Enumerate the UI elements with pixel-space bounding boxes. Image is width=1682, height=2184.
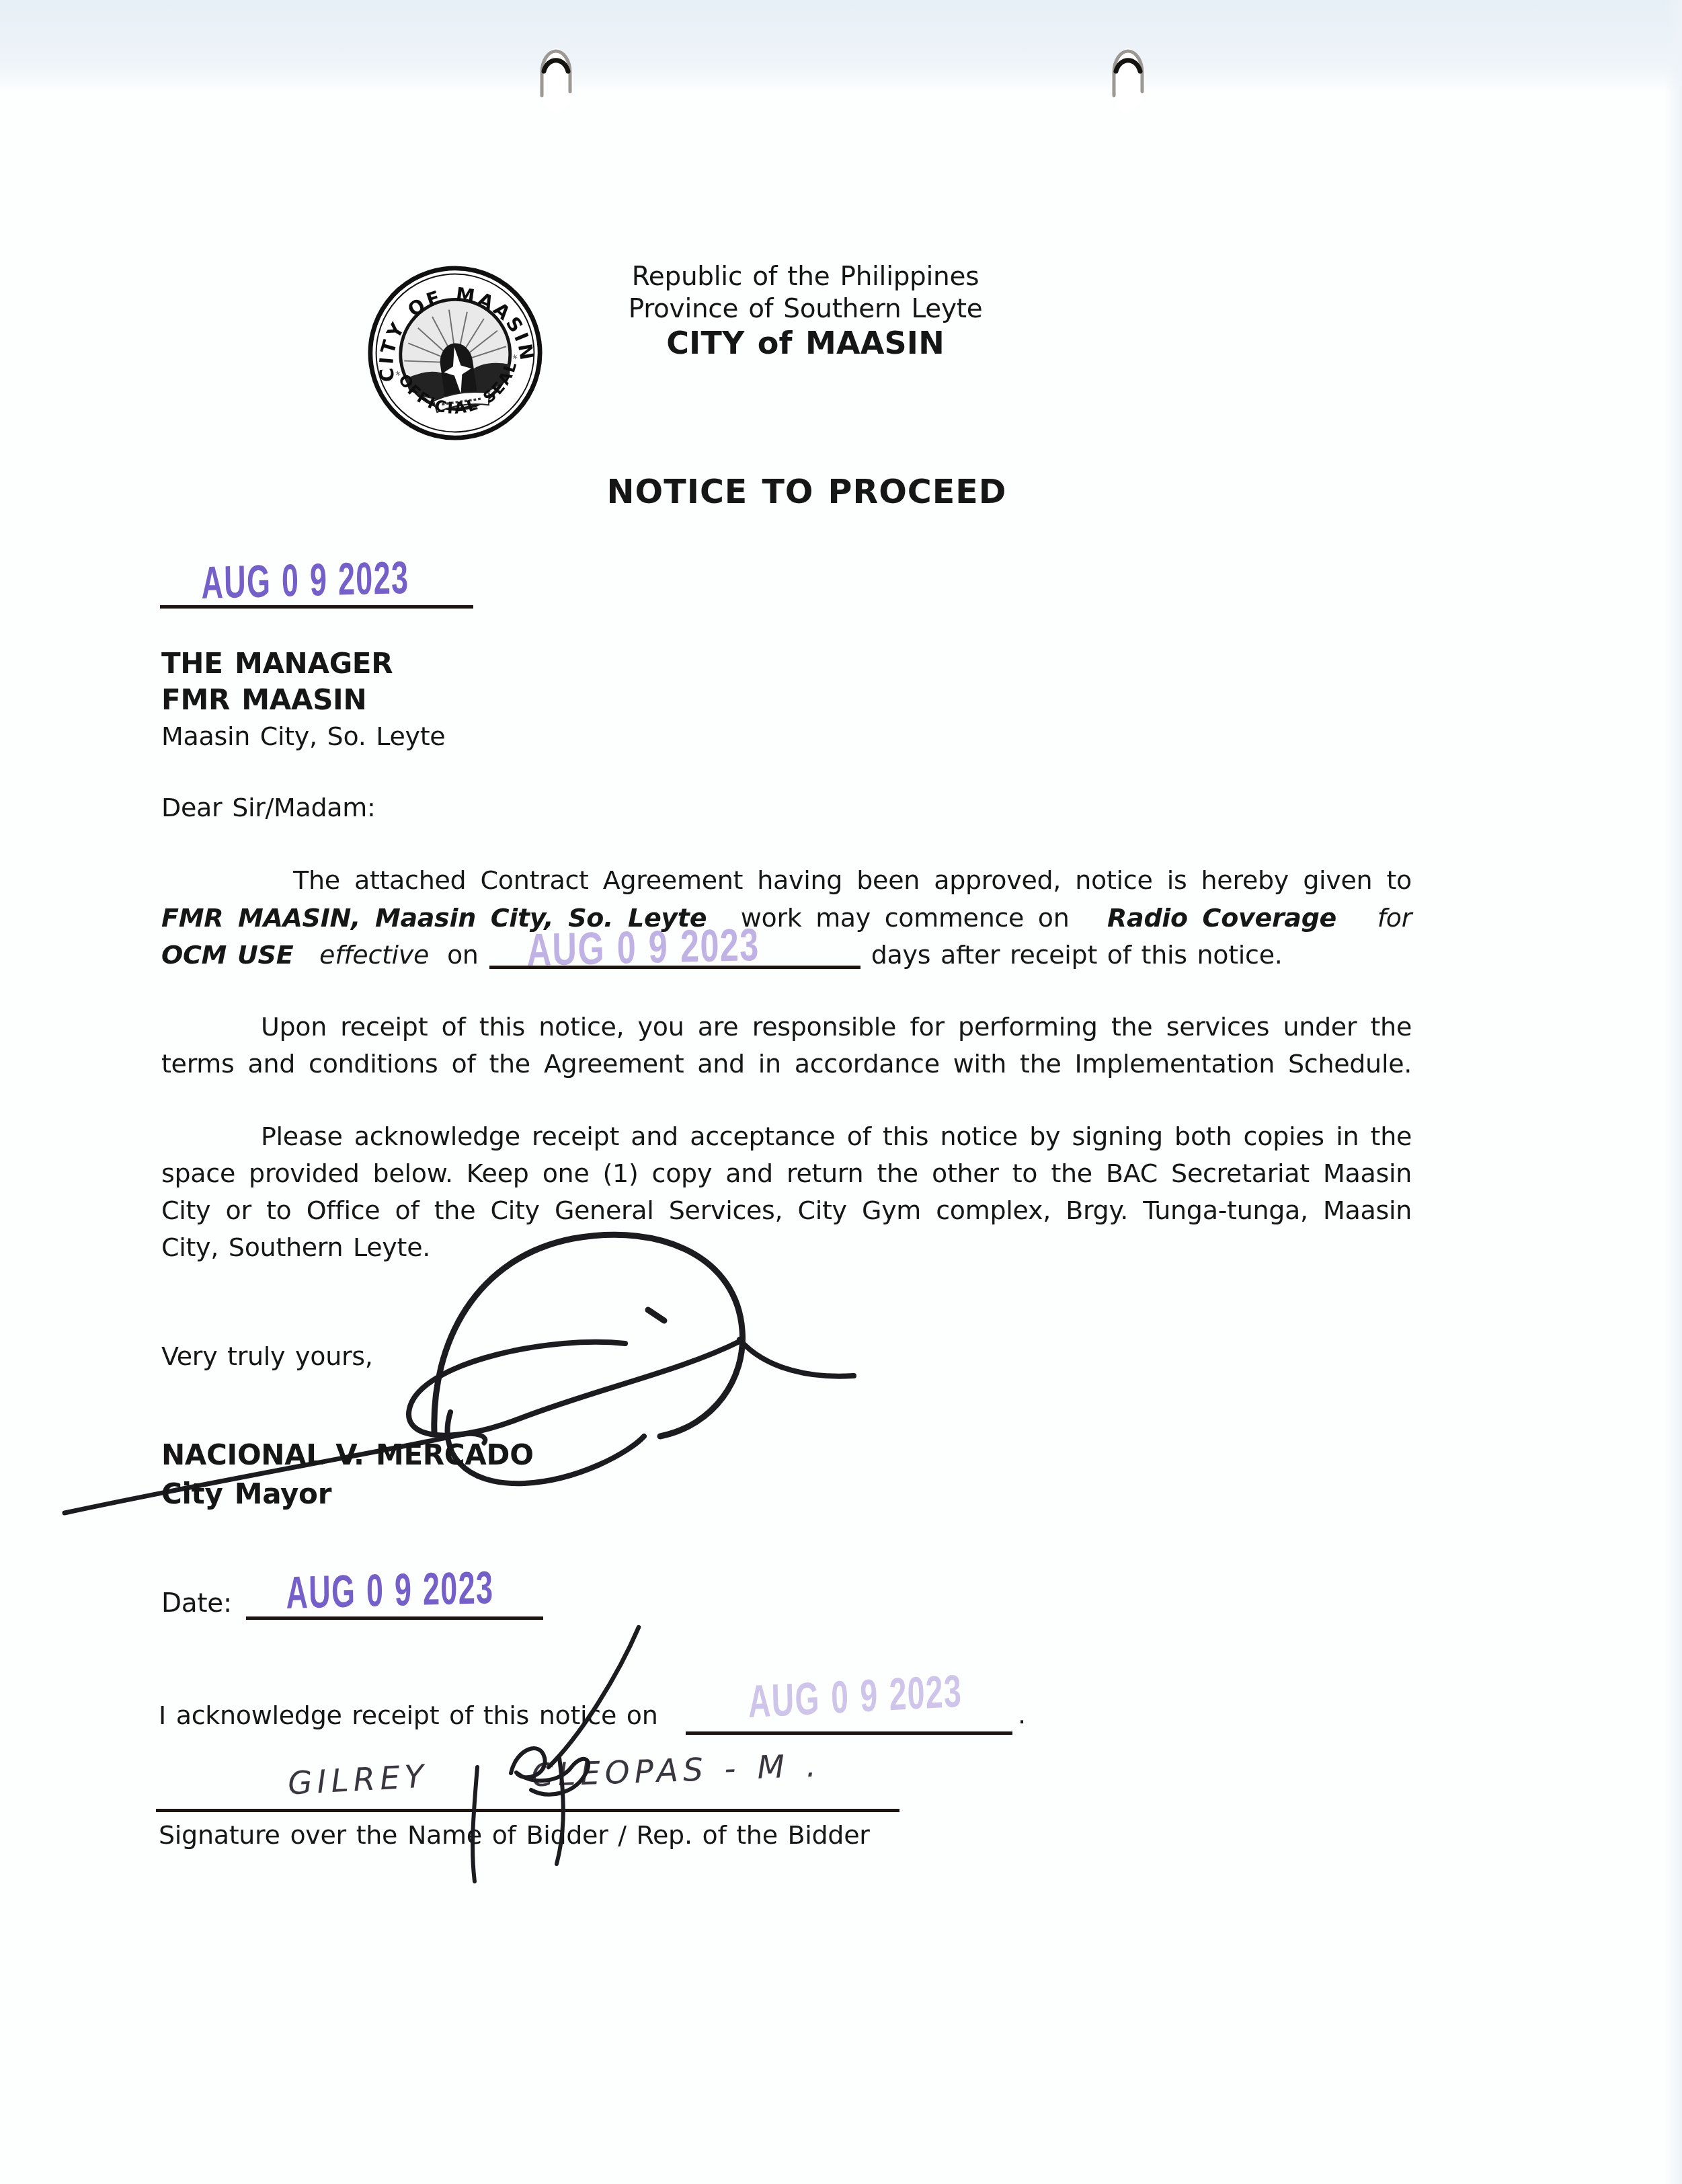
date-label: Date:	[161, 1588, 232, 1619]
scan-right-edge	[1665, 0, 1682, 2184]
letterhead-city: CITY of MAASIN	[510, 327, 1101, 359]
paragraph3-line1: Please acknowledge receipt and acceptanc…	[161, 1121, 1412, 1152]
scanned-notice-to-proceed-page: * * CITY OF MAASIN OFFICIAL SEAL Republi…	[0, 0, 1682, 2184]
signatory-name: NACIONAL V. MERCADO	[161, 1440, 534, 1471]
effective-date-stamp: AUG 0 9 2023	[526, 929, 760, 966]
bidder-signature	[417, 1614, 766, 1896]
paragraph2-line1: Upon receipt of this notice, you are res…	[161, 1011, 1412, 1042]
effective-date-field: AUG 0 9 2023	[489, 939, 860, 969]
scan-top-band	[0, 0, 1682, 89]
signatory-position: City Mayor	[161, 1479, 331, 1510]
document-title: NOTICE TO PROCEED	[161, 473, 1452, 511]
binder-ring-icon	[534, 38, 577, 112]
salutation: Dear Sir/Madam:	[161, 792, 376, 823]
paragraph1-line1: The attached Contract Agreement having b…	[161, 865, 1412, 896]
project-purpose: OCM USE	[161, 940, 293, 970]
paragraph3-line2: space provided below. Keep one (1) copy …	[161, 1158, 1412, 1189]
acknowledgment-date-stamp: AUG 0 9 2023	[749, 1676, 1064, 1728]
letterhead: Republic of the Philippines Province of …	[510, 261, 1101, 359]
binder-ring-icon	[1107, 38, 1150, 112]
project-name: Radio Coverage	[1107, 903, 1336, 933]
paragraph2-line2: terms and conditions of the Agreement an…	[161, 1048, 1412, 1079]
paragraph1-line3: OCM USE effective onAUG 0 9 2023days aft…	[161, 939, 1283, 970]
paragraph1-line2: FMR MAASIN, Maasin City, So. Leyte work …	[161, 902, 1412, 933]
letterhead-province: Province of Southern Leyte	[510, 293, 1101, 325]
date-received-underline	[160, 572, 473, 609]
recipient-address: Maasin City, So. Leyte	[161, 721, 445, 752]
paragraph3-line3: City or to Office of the City General Se…	[161, 1195, 1412, 1226]
letterhead-country: Republic of the Philippines	[510, 261, 1101, 293]
recipient-company: FMR MAASIN	[161, 685, 366, 715]
recipient-name: THE MANAGER	[161, 648, 393, 679]
